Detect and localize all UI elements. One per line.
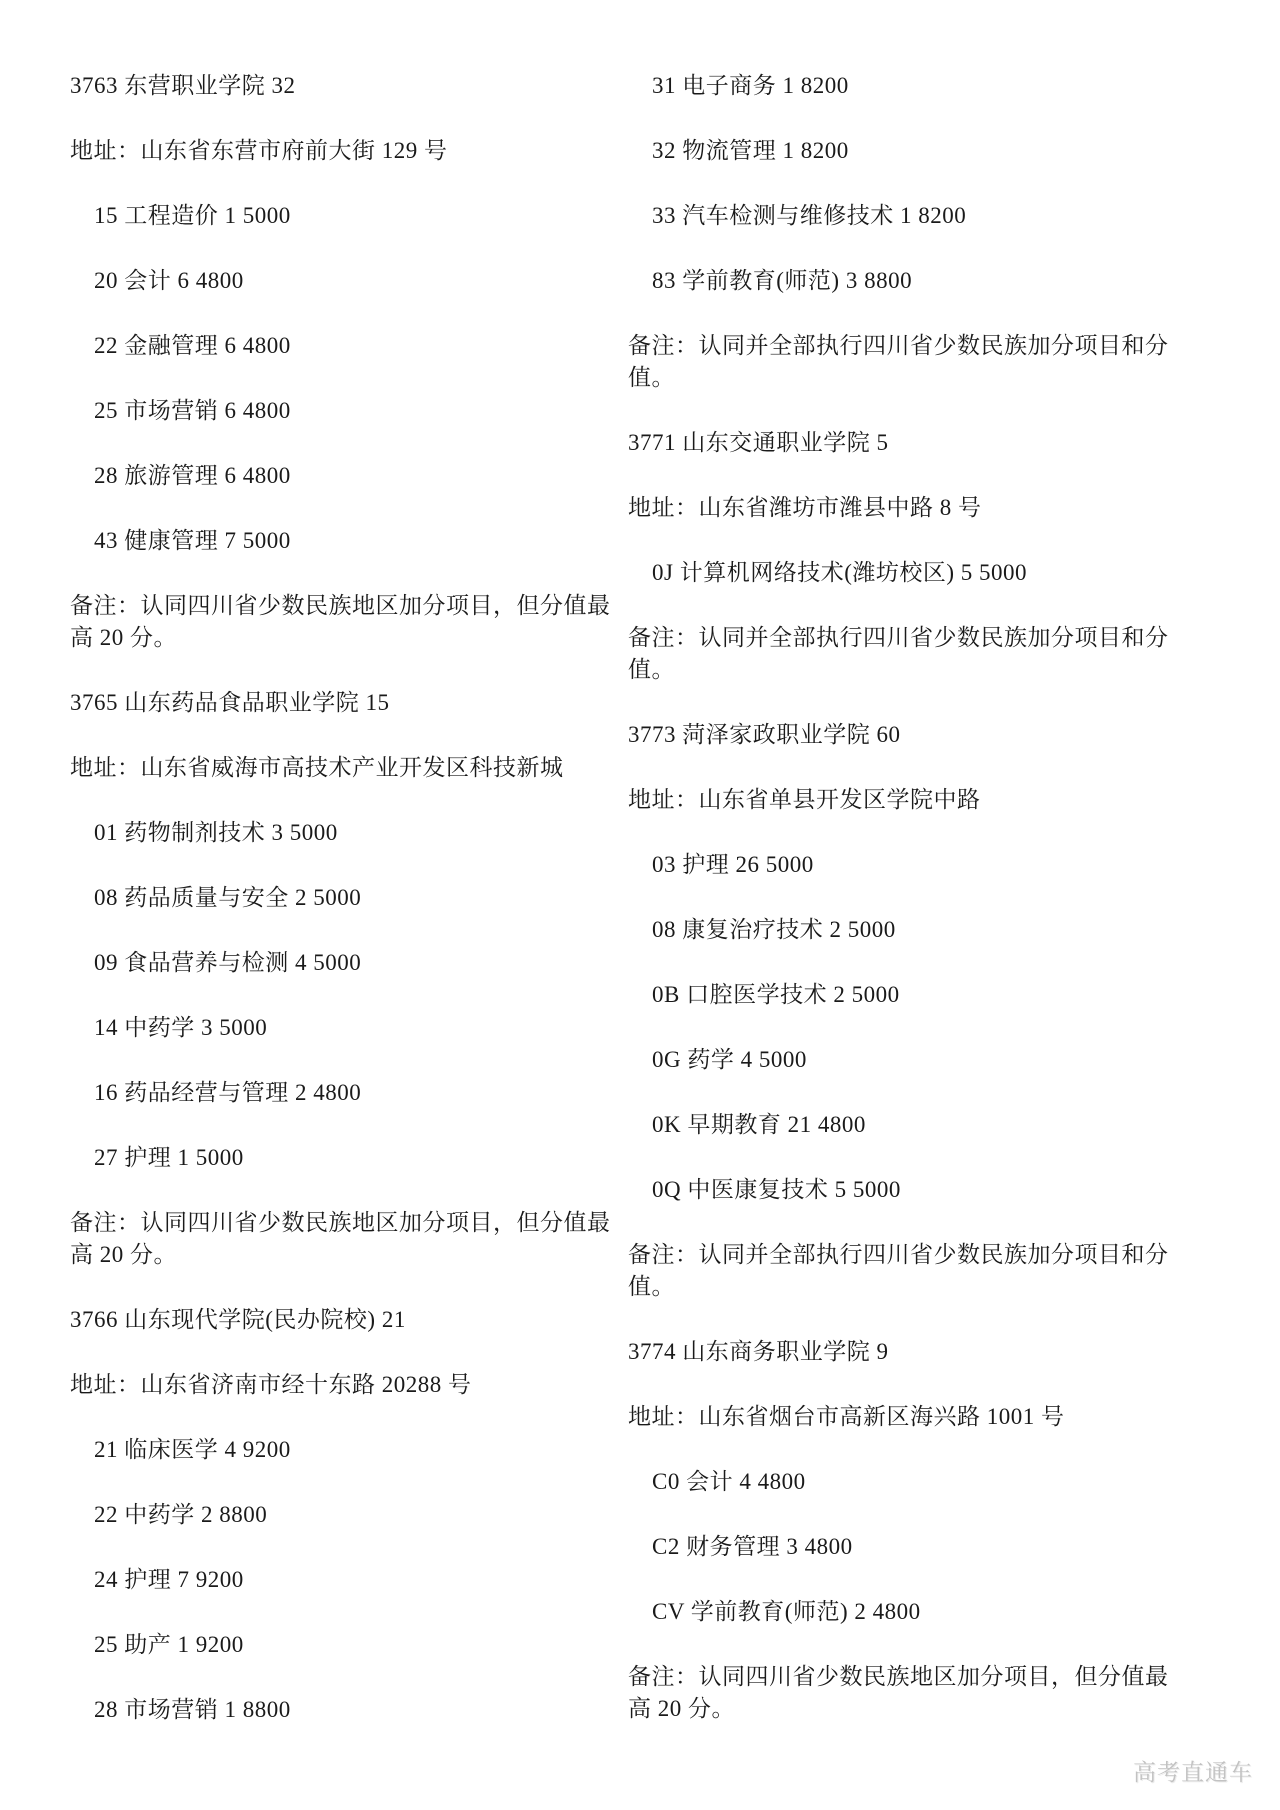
major-line: C2 财务管理 3 4800	[628, 1531, 1178, 1563]
note-line: 备注：认同并全部执行四川省少数民族加分项目和分值。	[628, 330, 1178, 394]
document-body: 3763 东营职业学院 32地址：山东省东营市府前大街 129 号15 工程造价…	[0, 0, 1280, 1759]
major-line: 83 学前教育(师范) 3 8800	[628, 265, 1178, 297]
major-line: 16 药品经营与管理 2 4800	[70, 1077, 620, 1109]
school-line: 3771 山东交通职业学院 5	[628, 427, 1178, 459]
address-line: 地址：山东省济南市经十东路 20288 号	[70, 1369, 620, 1401]
address-line: 地址：山东省单县开发区学院中路	[628, 784, 1178, 816]
watermark: 高考直通车	[1133, 1754, 1253, 1787]
major-line: 0J 计算机网络技术(潍坊校区) 5 5000	[628, 557, 1178, 589]
major-line: 22 中药学 2 8800	[70, 1499, 620, 1531]
address-line: 地址：山东省威海市高技术产业开发区科技新城	[70, 752, 620, 784]
major-line: 0K 早期教育 21 4800	[628, 1109, 1178, 1141]
major-line: 27 护理 1 5000	[70, 1142, 620, 1174]
major-line: 21 临床医学 4 9200	[70, 1434, 620, 1466]
right-column: 31 电子商务 1 820032 物流管理 1 820033 汽车检测与维修技术…	[628, 70, 1178, 1759]
school-line: 3765 山东药品食品职业学院 15	[70, 687, 620, 719]
address-line: 地址：山东省烟台市高新区海兴路 1001 号	[628, 1401, 1178, 1433]
major-line: 09 食品营养与检测 4 5000	[70, 947, 620, 979]
note-line: 备注：认同四川省少数民族地区加分项目，但分值最高 20 分。	[70, 1207, 620, 1271]
note-line: 备注：认同四川省少数民族地区加分项目，但分值最高 20 分。	[628, 1661, 1178, 1725]
major-line: 08 康复治疗技术 2 5000	[628, 914, 1178, 946]
school-line: 3773 菏泽家政职业学院 60	[628, 719, 1178, 751]
major-line: 0Q 中医康复技术 5 5000	[628, 1174, 1178, 1206]
major-line: CV 学前教育(师范) 2 4800	[628, 1596, 1178, 1628]
major-line: 24 护理 7 9200	[70, 1564, 620, 1596]
major-line: 01 药物制剂技术 3 5000	[70, 817, 620, 849]
address-line: 地址：山东省潍坊市潍县中路 8 号	[628, 492, 1178, 524]
major-line: C0 会计 4 4800	[628, 1466, 1178, 1498]
school-line: 3774 山东商务职业学院 9	[628, 1336, 1178, 1368]
major-line: 08 药品质量与安全 2 5000	[70, 882, 620, 914]
major-line: 22 金融管理 6 4800	[70, 330, 620, 362]
major-line: 33 汽车检测与维修技术 1 8200	[628, 200, 1178, 232]
note-line: 备注：认同并全部执行四川省少数民族加分项目和分值。	[628, 1239, 1178, 1303]
major-line: 15 工程造价 1 5000	[70, 200, 620, 232]
major-line: 28 旅游管理 6 4800	[70, 460, 620, 492]
school-line: 3763 东营职业学院 32	[70, 70, 620, 102]
major-line: 0B 口腔医学技术 2 5000	[628, 979, 1178, 1011]
left-column: 3763 东营职业学院 32地址：山东省东营市府前大街 129 号15 工程造价…	[70, 70, 620, 1759]
major-line: 20 会计 6 4800	[70, 265, 620, 297]
major-line: 25 市场营销 6 4800	[70, 395, 620, 427]
page: 3763 东营职业学院 32地址：山东省东营市府前大街 129 号15 工程造价…	[0, 0, 1280, 1810]
note-line: 备注：认同四川省少数民族地区加分项目，但分值最高 20 分。	[70, 590, 620, 654]
school-line: 3766 山东现代学院(民办院校) 21	[70, 1304, 620, 1336]
address-line: 地址：山东省东营市府前大街 129 号	[70, 135, 620, 167]
major-line: 14 中药学 3 5000	[70, 1012, 620, 1044]
note-line: 备注：认同并全部执行四川省少数民族加分项目和分值。	[628, 622, 1178, 686]
major-line: 03 护理 26 5000	[628, 849, 1178, 881]
major-line: 25 助产 1 9200	[70, 1629, 620, 1661]
major-line: 0G 药学 4 5000	[628, 1044, 1178, 1076]
major-line: 28 市场营销 1 8800	[70, 1694, 620, 1726]
major-line: 31 电子商务 1 8200	[628, 70, 1178, 102]
major-line: 32 物流管理 1 8200	[628, 135, 1178, 167]
major-line: 43 健康管理 7 5000	[70, 525, 620, 557]
